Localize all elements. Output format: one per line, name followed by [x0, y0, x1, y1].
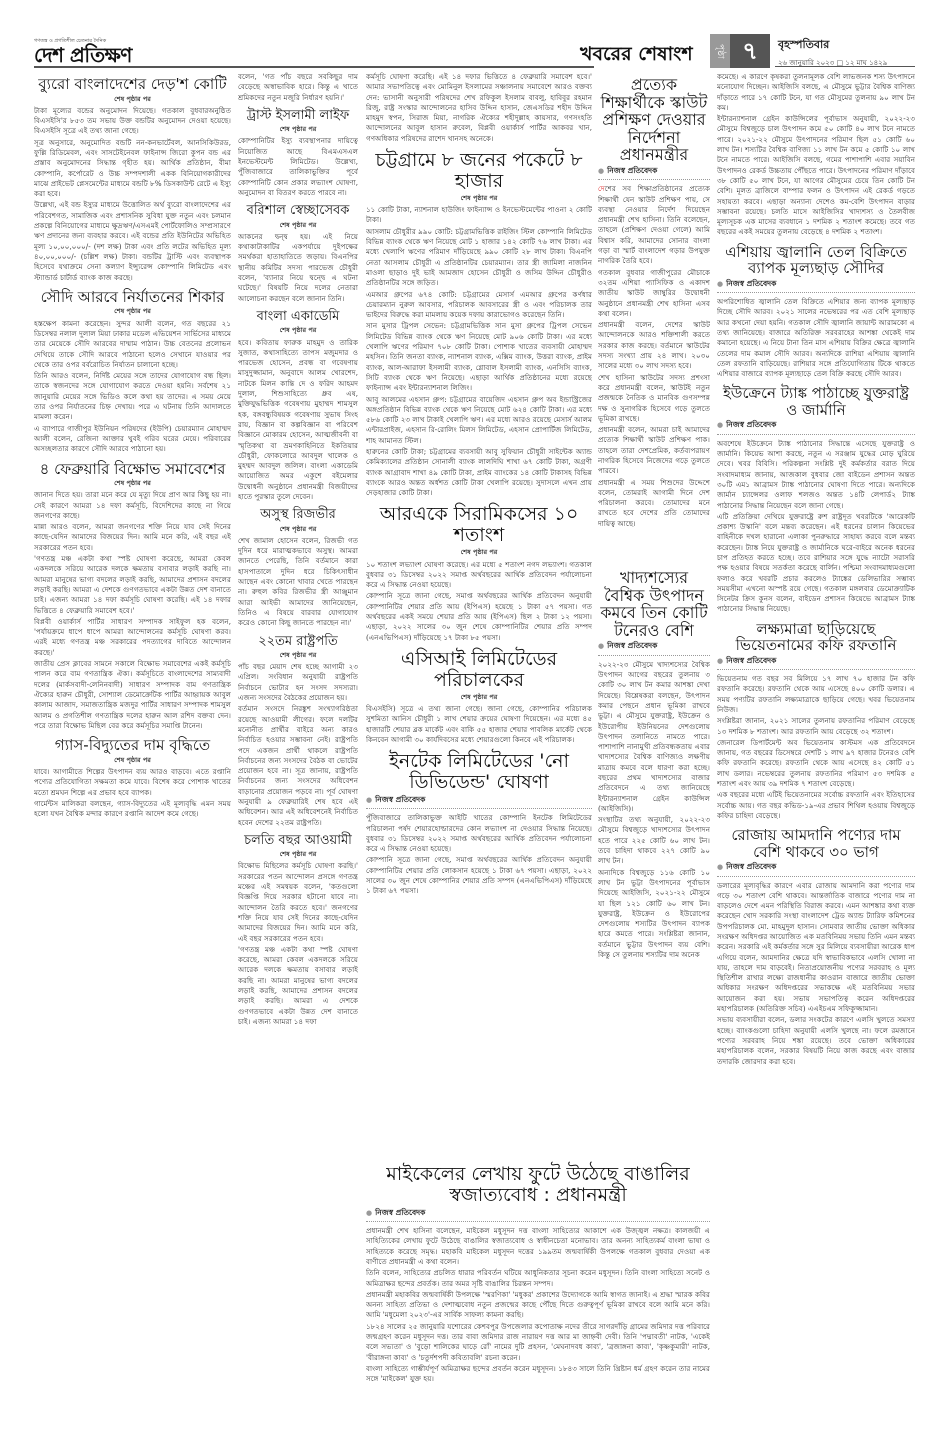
story-rizvi-ill: অসুস্থ রিজভীর শেষ পৃষ্ঠার পর শেখ জামাল হ…	[238, 508, 358, 628]
headline: এসিআই লিমিটেডের পরিচালকের	[366, 649, 592, 691]
paragraph: ডলারের মূল্যবৃদ্ধির কারণে এবার রোজায় আম…	[717, 881, 915, 1015]
paragraph: বিএসইসি) সূত্রে এ তথ্য জানা গেছে। জানা গ…	[366, 704, 592, 745]
paragraph: শেখ জামাল হোসেন বলেন, রিজভী গত দুদিন ধরে…	[238, 536, 358, 629]
continued-label: শেষ পৃষ্ঠার পর	[238, 849, 358, 859]
paragraph: ইন্টারন্যাশনাল গ্রেইন কাউন্সিলের পূর্বাভ…	[717, 114, 915, 238]
continued-label: শেষ পৃষ্ঠার পর	[366, 692, 592, 702]
paragraph: শেখ হাসিনা স্কাউটের সদস্য প্রশংসা করে প্…	[598, 373, 710, 424]
continued-label: শেষ পৃষ্ঠার পর	[238, 220, 358, 230]
story-gas-electricity: গ্যাস-বিদ্যুতের দাম বৃদ্ধিতে শেষ পৃষ্ঠার…	[34, 737, 231, 819]
headline: প্রত্যেক শিক্ষার্থীকে স্কাউট প্রশিক্ষণ দ…	[598, 76, 710, 164]
divider	[717, 292, 915, 293]
paragraph: পাঁচ বছর মেয়াদ শেষ হচ্ছে আগামী ২৩ এপ্রি…	[238, 662, 358, 703]
headline: ইনটেক লিমিটেডের 'নো ডিভিডেন্ড' ঘোষণা	[366, 751, 592, 793]
paragraph: 'গণতন্ত্র মঞ্চ একটা কথা স্পষ্ট ঘোষণা করে…	[34, 554, 231, 616]
byline: নিজস্ব প্রতিবেদক	[366, 795, 592, 805]
masthead: গণতন্ত্র ও প্রগতিশীল চেতনার দৈনিক দেশ প্…	[0, 0, 945, 68]
divider	[598, 179, 710, 180]
byline: নিজস্ব প্রতিবেদক	[717, 279, 915, 289]
story-grain-production: খাদ্যশস্যের বৈশ্বিক উৎপাদন কমবে তিন কোটি…	[598, 569, 710, 960]
date-block: বৃহস্পতিবার ২৬ জানুয়ারি ২০২৩ □ ১২ মাঘ ১…	[778, 36, 887, 69]
story-ramadan-prices: রোজায় আমদানি পণ্যের দাম বেশি থাকবে ৩০ ভ…	[717, 827, 915, 1067]
paragraph: এ ব্যাপারে গাজীপুর ইউনিয়ন পরিষদের (ইউপি…	[34, 424, 231, 455]
page-label: পৃষ্ঠা	[710, 34, 730, 68]
headline: এশিয়ায় জ্বালানি তেল বিক্রিতে ব্যাপক মূ…	[717, 244, 915, 277]
story-bangla-academy: বাংলা একাডেমি শেষ পৃষ্ঠার পর হবে। কবিতায…	[238, 310, 358, 502]
headline: চলতি বছর আওয়ামী	[238, 834, 358, 848]
continued-label: শেষ পৃষ্ঠার পর	[238, 524, 358, 534]
story-ukraine-tanks: ইউক্রেনে ট্যাঙ্ক পাঠাচ্ছে যুক্তরাষ্ট্র ও…	[717, 385, 915, 614]
paragraph: অন্যদিকে বিশ্বজুড়ে ১১৬ কোটি ১০ লাখ টন ভ…	[598, 868, 710, 961]
paragraph: প্রধানমন্ত্রী বলেন, দেশের স্কাউট আন্দোলন…	[598, 320, 710, 371]
paragraph: বলেন, 'গত পাঁচ বছরে সবকিছুর দাম বেড়েছে …	[238, 72, 358, 103]
byline: নিজস্ব প্রতিবেদক	[717, 656, 915, 666]
story-feb4-rally: ৪ ফেব্রুয়ারি বিক্ষোভ সমাবেশের শেষ পৃষ্ঠ…	[34, 461, 231, 732]
page-number: ৭	[730, 34, 770, 68]
paragraph: যাবে। আগামীতে শিল্পের উৎপাদন ব্যয় আরও ব…	[34, 767, 231, 798]
paragraph: তিনি আরও বলেন, নির্দিষ্ট মেয়ের সঙ্গে তা…	[34, 371, 231, 422]
continued-label: শেষ পৃষ্ঠার পর	[34, 306, 231, 316]
paragraph: বিক্ষোভ মিছিলের কর্মসূচি ঘোষণা করছি।' সর…	[238, 861, 358, 943]
story-bureau-bond: ব্যুরো বাংলাদেশের দেড়'শ কোটি শেষ পৃষ্ঠা…	[34, 76, 231, 283]
story-ctg-defaulters: চট্টগ্রামে ৮ জনের পকেটে ৮ হাজার শেষ পৃষ্…	[366, 150, 592, 498]
column-1: ব্যুরো বাংলাদেশের দেড়'শ কোটি শেষ পৃষ্ঠা…	[34, 72, 231, 1382]
paragraph: প্রধানমন্ত্রী বলেন, আমরা চাই আমাদের প্রত…	[598, 425, 710, 476]
paragraph: গার্মেন্টস মালিকরা বলছেন, গ্যাস-বিদ্যুতে…	[34, 799, 231, 820]
column-2: বলেন, 'গত পাঁচ বছরে সবকিছুর দাম বেড়েছে …	[238, 72, 358, 1382]
story-rak-ceramics: আরএকে সিরামিকসের ১০ শতাংশ শেষ পৃষ্ঠার পর…	[366, 504, 592, 642]
story-intech-no-dividend: ইনটেক লিমিটেডের 'নো ডিভিডেন্ড' ঘোষণা নিজ…	[366, 751, 592, 896]
paragraph: আসলাম চৌধুরীর ৯৯০ কোটি: চট্টগ্রামভিত্তিক…	[366, 227, 592, 289]
headline: চট্টগ্রামে ৮ জনের পকেটে ৮ হাজার	[366, 150, 592, 192]
paragraph: জানান দিতে হয়। তারা মনে করে যে মৃত্যু দ…	[34, 490, 231, 521]
story-awami-this-year: চলতি বছর আওয়ামী শেষ পৃষ্ঠার পর বিক্ষোভ …	[238, 834, 358, 1027]
story-aci-director: এসিআই লিমিটেডের পরিচালকের শেষ পৃষ্ঠার পর…	[366, 649, 592, 745]
column-5: কমেছে। এ কারণে কৃষকরা তুলনামূলক বেশি লাভ…	[717, 72, 915, 1382]
paragraph: 'গণতন্ত্র মঞ্চ একটা কথা স্পষ্ট ঘোষণা করে…	[238, 945, 358, 1027]
continued-label: শেষ পৃষ্ঠার পর	[366, 547, 592, 557]
story-scout-training: প্রত্যেক শিক্ষার্থীকে স্কাউট প্রশিক্ষণ দ…	[598, 76, 710, 529]
story-continued-top: বলেন, 'গত পাঁচ বছরে সবকিছুর দাম বেড়েছে …	[238, 72, 358, 103]
continued-label: শেষ পৃষ্ঠার পর	[366, 193, 592, 203]
logo-name: দেশ প্রতিক্ষণ	[34, 44, 132, 66]
headline: অসুস্থ রিজভীর	[238, 508, 358, 522]
story-continued-top: কমেছে। এ কারণে কৃষকরা তুলনামূলক বেশি লাভ…	[717, 72, 915, 238]
header-rule-right	[775, 66, 915, 67]
headline: বরিশাল স্বেচ্ছাসেবক	[238, 204, 358, 218]
headline: ব্যুরো বাংলাদেশের দেড়'শ কোটি	[34, 76, 231, 93]
continued-label: শেষ পৃষ্ঠার পর	[238, 650, 358, 660]
continued-label: শেষ পৃষ্ঠার পর	[34, 94, 231, 104]
byline: নিজস্ব প্রতিবেদক	[598, 641, 710, 651]
date-line: ২৬ জানুয়ারি ২০২৩ □ ১২ মাঘ ১৪২৯	[778, 57, 887, 69]
headline: ৪ ফেব্রুয়ারি বিক্ষোভ সমাবেশের	[34, 461, 231, 478]
headline: ইউক্রেনে ট্যাঙ্ক পাঠাচ্ছে যুক্তরাষ্ট্র ও…	[717, 385, 915, 418]
column-3: কর্মসূচি ঘোষণা করেছি। এই ১৪ দফার ভিত্তিত…	[366, 72, 592, 1112]
paragraph: হবে। কবিতায় ফারুক মাহমুদ ও তারিক সুজাত,…	[238, 338, 358, 503]
byline: নিজস্ব প্রতিবেদক	[717, 862, 915, 872]
paragraph: এক বছরের মধ্যে এটিই ভিয়েতনামের সর্বোচ্চ…	[717, 790, 915, 821]
paragraph: জেনারেল ডিপার্টমেন্ট অব ভিয়েতনাম কাস্টম…	[717, 738, 915, 789]
paragraph: কর্মসূচি ঘোষণা করেছি। এই ১৪ দফার ভিত্তিত…	[366, 72, 592, 144]
headline: বাংলা একাডেমি	[238, 310, 358, 324]
headline: খাদ্যশস্যের বৈশ্বিক উৎপাদন কমবে তিন কোটি…	[598, 569, 710, 639]
paragraph: উল্লেখ্য, এই বন্ড ইস্যুর মাধ্যমে উত্তোলি…	[34, 200, 231, 282]
headline: লক্ষ্যমাত্রা ছাড়িয়েছে ভিয়েতনামের কফি …	[717, 621, 915, 654]
paragraph: অবশেষে ইউক্রেনে ট্যাঙ্ক পাঠানোর সিদ্ধান্…	[717, 439, 915, 511]
paragraph: কোম্পানিটির ইস্যু ব্যবস্থাপনার দায়িত্বে…	[238, 136, 358, 198]
paragraph: টাকা মূল্যের বন্ডের অনুমোদন দিয়েছে। গতক…	[34, 106, 231, 137]
newspaper-logo: গণতন্ত্র ও প্রগতিশীল চেতনার দৈনিক দেশ প্…	[34, 38, 132, 66]
paragraph: কোম্পানি সূত্রে জানা গেছে, সমাপ্ত অর্থবছ…	[366, 591, 592, 642]
divider	[717, 669, 915, 670]
paragraph: প্রধানমন্ত্রী এ সময় শিশুদের উদ্দেশে বলে…	[598, 478, 710, 529]
divider	[717, 876, 915, 877]
paragraph: হারুনের কোটি টাকা; চট্টগ্রামের ব্যবসায়ী…	[366, 447, 592, 498]
section-title: খবরের শেষাংশ	[580, 40, 693, 72]
paragraph: আকনের দ্বন্দ্ব হয়। এই নিয়ে কথাকাটাকাটি…	[238, 232, 358, 304]
paragraph: সভায় ব্যবসায়ীরা বলেন, ডলার সংকটের কারণ…	[717, 1015, 915, 1066]
paragraph: অপরিশোধিত জ্বালানি তেল বিক্রিতে এশিয়ার …	[717, 297, 915, 379]
paragraph: সংস্থাটির তথ্য অনুযায়ী, ২০২২-২৩ মৌসুমে …	[598, 815, 710, 866]
paragraph: ১১ কোটি টাকা, ন্যাশনাল হাউজিং ফাইন্যান্স…	[366, 205, 592, 226]
paragraph: জাতীয় প্রেস ক্লাবের সামনে সকালে বিক্ষোভ…	[34, 659, 231, 731]
paragraph: আবু আলমের এহসান গ্রুপ: চট্টগ্রামের বায়ে…	[366, 395, 592, 446]
paragraph: কমেছে। এ কারণে কৃষকরা তুলনামূলক বেশি লাভ…	[717, 72, 915, 113]
paragraph: এমআর গ্রুপের ৬৭৪ কোটি: চট্টগ্রামের মেসার…	[366, 290, 592, 321]
story-22nd-president: ২২তম রাষ্ট্রপতি শেষ পৃষ্ঠার পর পাঁচ বছর …	[238, 635, 358, 828]
divider	[598, 655, 710, 656]
paragraph: সান মুসার ট্রিপল সেভেন: চট্টগ্রামভিত্তিক…	[366, 321, 592, 393]
story-saudi-abuse: সৌদি আরবে নির্যাতনের শিকার শেষ পৃষ্ঠার প…	[34, 289, 231, 455]
headline: গ্যাস-বিদ্যুতের দাম বৃদ্ধিতে	[34, 737, 231, 754]
paragraph: ২০২২-২৩ মৌসুমে খাদ্যশস্যের বৈশ্বিক উৎপাদ…	[598, 660, 710, 814]
header-rule	[34, 66, 594, 68]
headline: সৌদি আরবে নির্যাতনের শিকার	[34, 289, 231, 306]
divider	[717, 434, 915, 435]
paragraph: দেশের সব শিক্ষাপ্রতিষ্ঠানের প্রত্যেক শিক…	[598, 184, 710, 266]
divider	[366, 808, 592, 809]
continued-label: শেষ পৃষ্ঠার পর	[34, 478, 231, 488]
story-continued-top: কর্মসূচি ঘোষণা করেছি। এই ১৪ দফার ভিত্তিত…	[366, 72, 592, 144]
paragraph: গতকাল বুধবার গাজীপুরের মৌচাকে ৩২তম এশিয়…	[598, 268, 710, 319]
continued-label: শেষ পৃষ্ঠার পর	[238, 325, 358, 335]
headline: ২২তম রাষ্ট্রপতি	[238, 635, 358, 649]
paragraph: ভিয়েতনাম গত বছর সব মিলিয়ে ১৭ লাখ ৭০ হা…	[717, 674, 915, 715]
headline: রোজায় আমদানি পণ্যের দাম বেশি থাকবে ৩০ ভ…	[717, 827, 915, 860]
paragraph: এটি প্রতিক্রিয়া দেখিয়ে যুক্তরাষ্ট্রে র…	[717, 512, 915, 615]
weekday: বৃহস্পতিবার	[778, 36, 887, 55]
paragraph: বিপ্লবী ওয়ার্কার্স পার্টির সাধারণ সম্পা…	[34, 617, 231, 658]
paragraph: বর্তমান সংসদে নিরঙ্কুশ সংখ্যাগরিষ্ঠতা রয…	[238, 704, 358, 828]
headline: ট্রাস্ট ইসলামী লাইফ	[238, 109, 358, 123]
paragraph: সূত্র অনুসারে, অনুমোদিত বন্ডটি নন-কনভার্…	[34, 138, 231, 200]
paragraph: ১০ শতাংশ লভ্যাংশ ঘোষণা করেছে। এর মধ্যে ৫…	[366, 560, 592, 591]
paragraph: মান্না আরও বলেন, আমরা জনগণের শক্তি নিয়ে…	[34, 522, 231, 553]
story-vietnam-coffee: লক্ষ্যমাত্রা ছাড়িয়েছে ভিয়েতনামের কফি …	[717, 621, 915, 821]
continued-label: শেষ পৃষ্ঠার পর	[34, 755, 231, 765]
byline: নিজস্ব প্রতিবেদক	[717, 420, 915, 430]
paragraph: কোম্পানি সূত্রে জানা গেছে, সমাপ্ত অর্থবছ…	[366, 855, 592, 896]
continued-label: শেষ পৃষ্ঠার পর	[238, 124, 358, 134]
story-saudi-oil-discount: এশিয়ায় জ্বালানি তেল বিক্রিতে ব্যাপক মূ…	[717, 244, 915, 380]
paragraph: হস্তক্ষেপ কামনা করেছেন। সুন্দর আলী বলেন,…	[34, 319, 231, 370]
dropcap: দে	[598, 184, 605, 193]
story-barishal-volunteer: বরিশাল স্বেচ্ছাসেবক শেষ পৃষ্ঠার পর আকনের…	[238, 204, 358, 304]
byline: নিজস্ব প্রতিবেদক	[598, 166, 710, 176]
paragraph: পুঁজিবাজারে তালিকাভুক্ত আইটি খাতের কোম্প…	[366, 813, 592, 854]
paragraph: সংশ্লিষ্টরা জানান, ২০২১ সালের তুলনায় রফ…	[717, 716, 915, 737]
column-4: প্রত্যেক শিক্ষার্থীকে স্কাউট প্রশিক্ষণ দ…	[598, 72, 710, 1382]
story-trust-islami-life: ট্রাস্ট ইসলামী লাইফ শেষ পৃষ্ঠার পর কোম্প…	[238, 109, 358, 198]
headline: আরএকে সিরামিকসের ১০ শতাংশ	[366, 504, 592, 546]
